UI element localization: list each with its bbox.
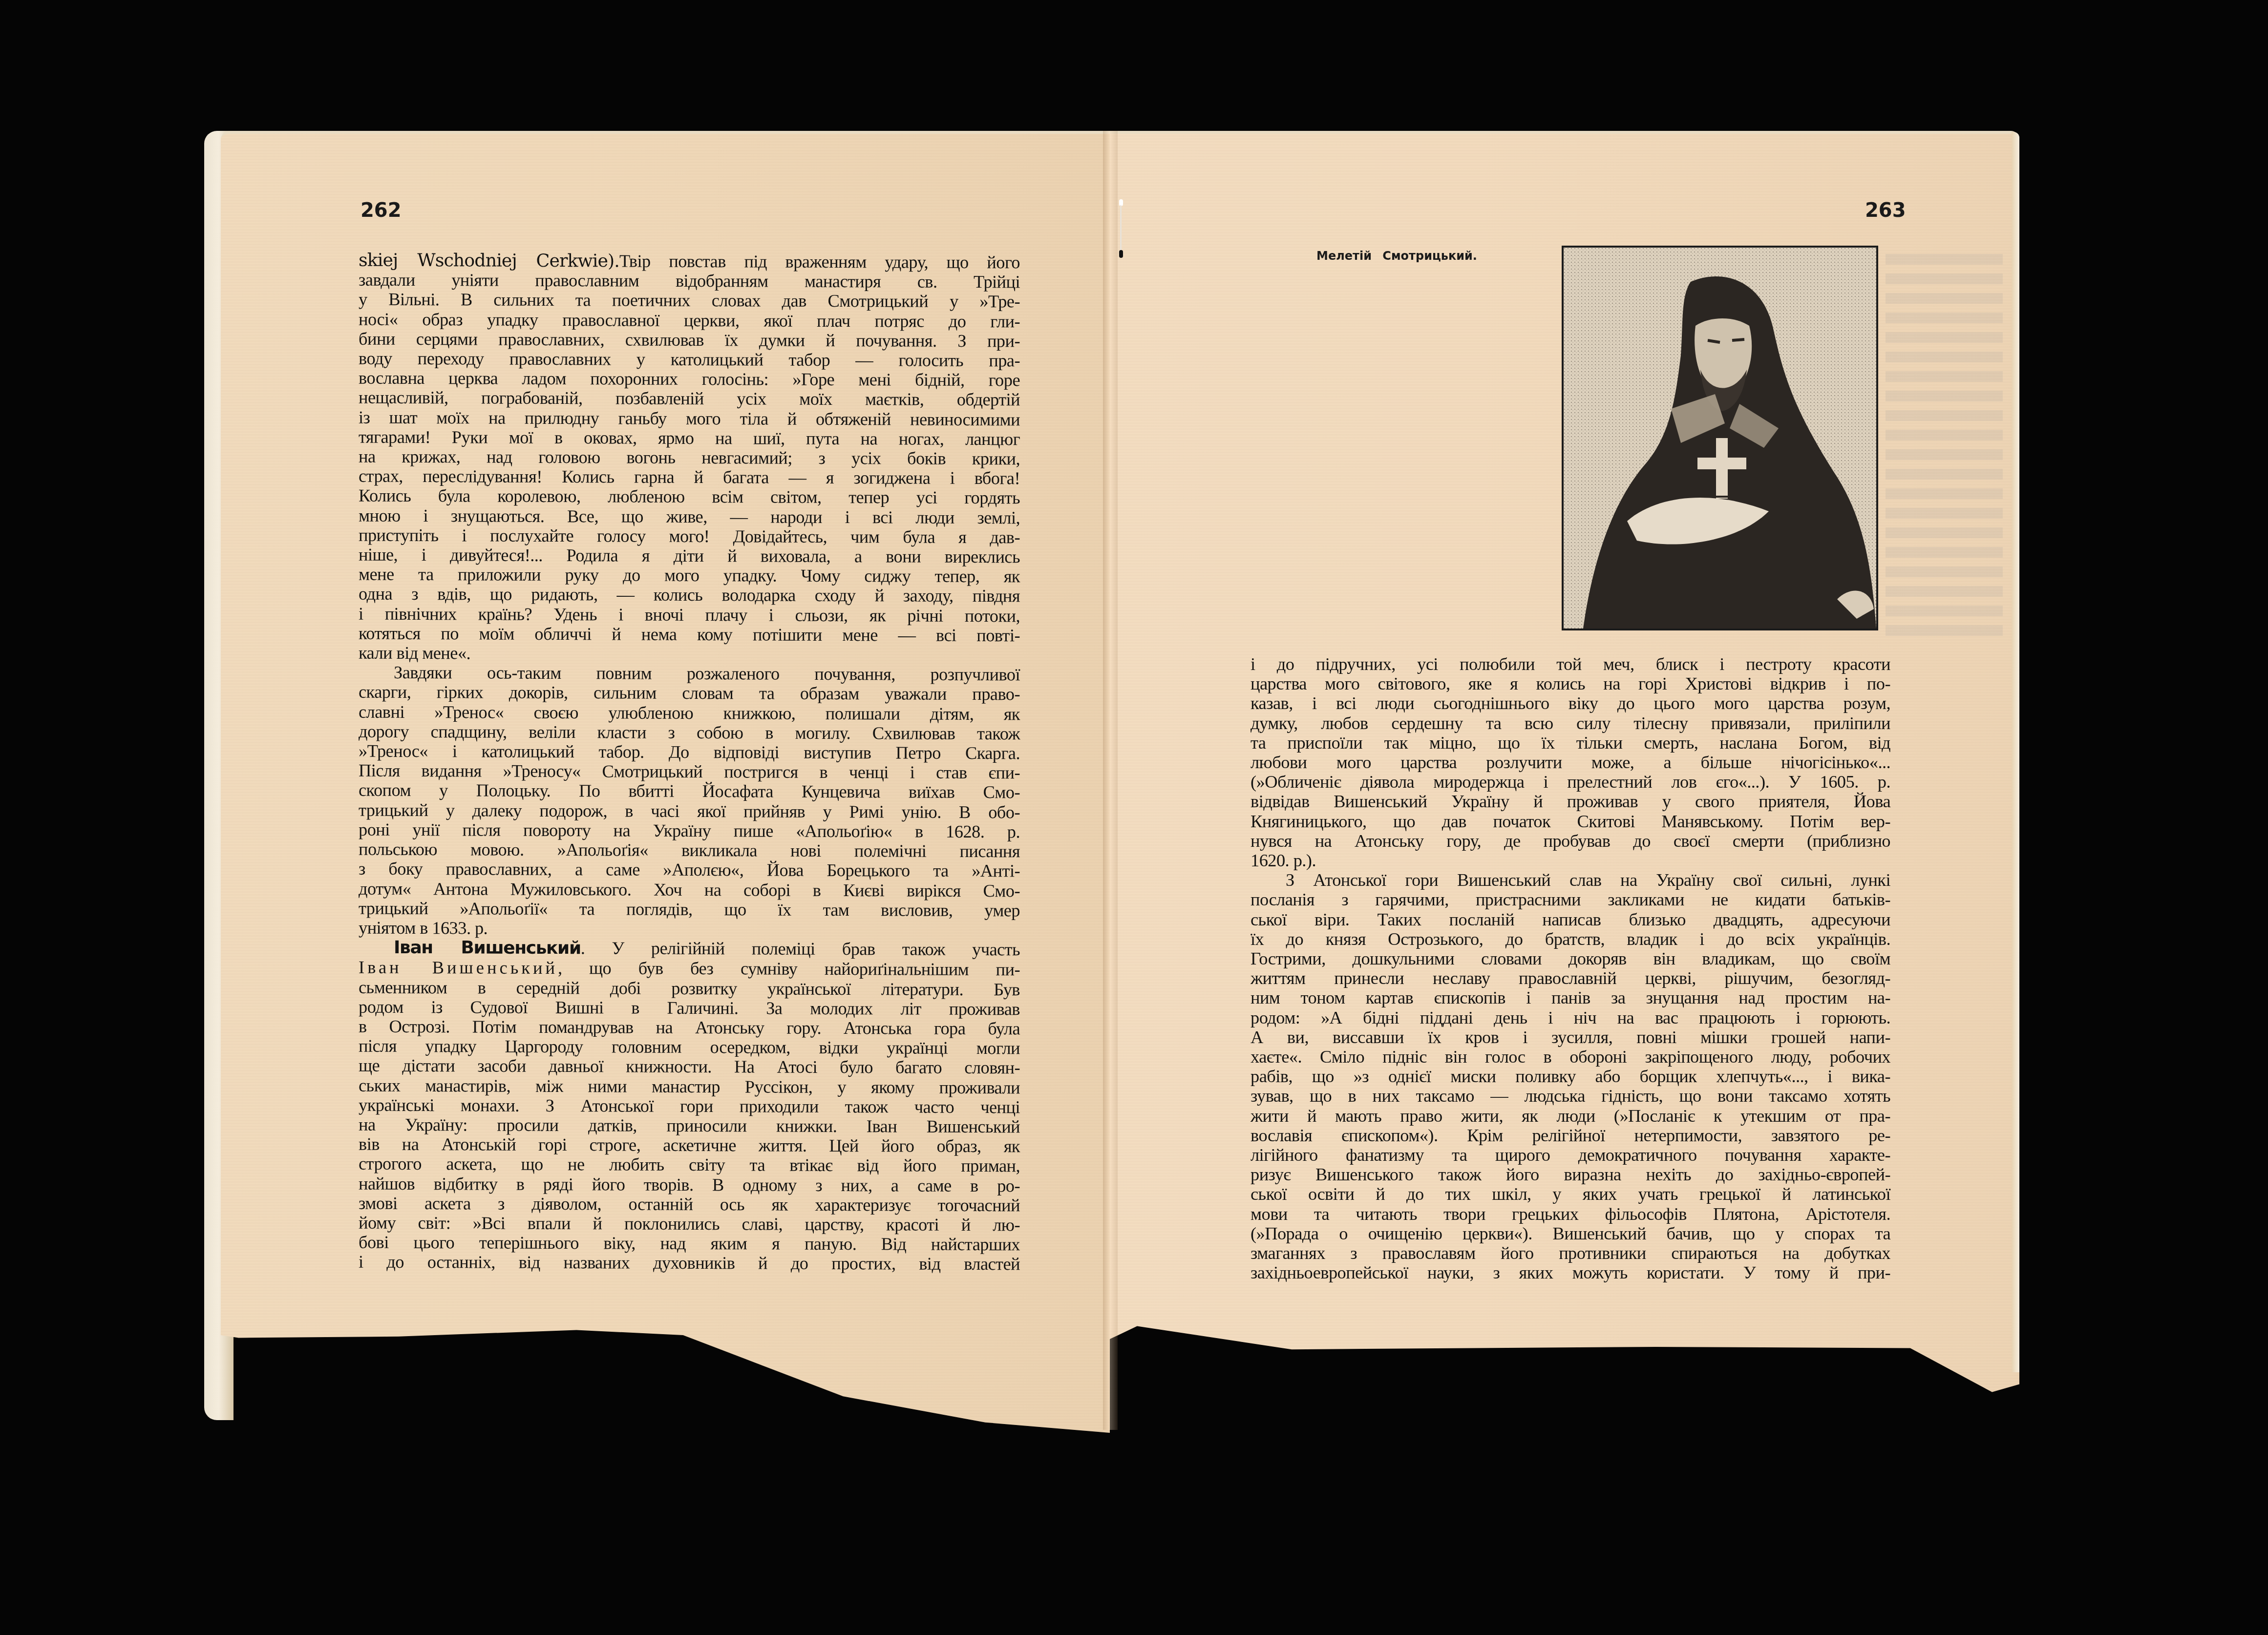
text-line: страх, переслідування! Колись гарна й ба… xyxy=(359,466,1020,488)
page-number-right: 263 xyxy=(1865,199,1906,222)
inline-emphasis: Іван Вишенський xyxy=(359,957,558,978)
text-line: нувся на Атонську гору, де пробував до с… xyxy=(1251,831,1890,851)
right-page-body-text: і до підручних, усі полюбили той меч, бл… xyxy=(1251,654,1890,1283)
text-line: і до підручних, усі полюбили той меч, бл… xyxy=(1251,654,1890,674)
portrait-image xyxy=(1562,246,1878,630)
text-line: вославія єпископом«). Крім релігійної не… xyxy=(1251,1126,1890,1145)
text-line: відвідав Вишенський Україну й проживав у… xyxy=(1251,792,1890,811)
text-line: строгого аскета, що не любить світу та в… xyxy=(359,1154,1020,1176)
text-line: із шат моїх на прилюдну ганьбу мого тіла… xyxy=(359,407,1020,429)
text-line: Після видання »Треносу« Смотрицький пост… xyxy=(359,761,1020,783)
text-line: родом із Судової Вишні в Галичині. За мо… xyxy=(359,997,1020,1019)
section-heading: Іван Вишенський xyxy=(394,938,581,958)
portrait-caption: Мелетій Смотрицький. xyxy=(1316,249,1477,263)
text-line: ніше, і дивуйтеся!... Родила я діти й ви… xyxy=(359,545,1020,567)
text-line: завдали уніяти православним відобранням … xyxy=(359,270,1020,292)
text-line: їх до князя Острозького, до братств, вла… xyxy=(1251,929,1890,949)
text-line: родом: »А бідні піддані день і ніч на ва… xyxy=(1251,1008,1890,1027)
text-line: з боку православних, а саме »Аполєю«, Йо… xyxy=(359,859,1020,881)
page-number-left: 262 xyxy=(360,199,402,222)
text-line: Іван Вишенський, що був без сумніву найо… xyxy=(359,958,1020,980)
text-line: воду переходу православних у католицький… xyxy=(359,349,1020,371)
text-line: Гострими, дошкульними словами докоряв ві… xyxy=(1251,949,1890,968)
inline-emphasis: skiej Wschodniej Cerkwie). xyxy=(359,250,619,272)
text-line: любови мого царства розлучити може, а бі… xyxy=(1251,753,1890,772)
text-line: Княгиницького, що дав початок Скитові Ма… xyxy=(1251,812,1890,831)
text-line: вославна церква ладом похоронних голосін… xyxy=(359,368,1020,390)
text-line: скарги, гірких докорів, сильним словам т… xyxy=(359,682,1020,704)
text-line: змаганнях з православям його противники … xyxy=(1251,1243,1890,1263)
text-line: найшов відбитку в ряді його творів. В од… xyxy=(359,1174,1020,1195)
left-page-body-text: skiej Wschodniej Cerkwie).Твір повстав п… xyxy=(359,251,1020,1274)
text-line: мною і знущаються. Все, що живе, — народ… xyxy=(359,505,1020,527)
text-line: казав, і всі люди сьогоднішнього віку до… xyxy=(1251,693,1890,713)
text-line: у Вільні. В сильних та поетичних словах … xyxy=(359,290,1020,312)
text-line: ських манастирів, між ними манастир Русс… xyxy=(359,1075,1020,1097)
text-line: після упадку Царгороду головним осередко… xyxy=(359,1036,1020,1058)
text-line: А ви, виссавши їх кров і зусилля, повні … xyxy=(1251,1027,1890,1047)
text-line: польською мовою. »Апольоґія« викликала н… xyxy=(359,839,1020,861)
text-line: лігійного фанатизму та щирого демократич… xyxy=(1251,1145,1890,1165)
text-line: (»Порада о очищенію церкви«). Вишенський… xyxy=(1251,1224,1890,1243)
text-line: рабів, що »з однієї миски поливку або бо… xyxy=(1251,1067,1890,1086)
text-line: трицький »Апольоґії« та поглядів, що їх … xyxy=(359,898,1020,920)
text-line: на крижах, над головою вогонь невгасимий… xyxy=(359,447,1020,469)
text-line: змові аскета з діяволом, останній ось як… xyxy=(359,1193,1020,1215)
text-line: тягарами! Руки мої в оковах, ярмо на шиї… xyxy=(359,427,1020,449)
text-line: в Острозі. Потім помандрував на Атонську… xyxy=(359,1017,1020,1039)
monk-portrait-icon xyxy=(1564,248,1876,629)
text-line: і північних країнь? Удень і вночі плачу … xyxy=(359,604,1020,626)
text-line: та приспоїли так міцно, що їх тільки сме… xyxy=(1251,733,1890,753)
text-line: ризує Вишенського також його виразна нех… xyxy=(1251,1165,1890,1184)
text-line: skiej Wschodniej Cerkwie).Твір повстав п… xyxy=(359,251,1020,272)
text-line: і до останніх, від названих духовників й… xyxy=(359,1252,1020,1274)
text-line: нещасливій, пограбованій, позбавленій ус… xyxy=(359,388,1020,410)
book-gutter xyxy=(1103,131,1118,1430)
text-line: хаєте«. Сміло підніс він голос в обороні… xyxy=(1251,1047,1890,1067)
text-line: бові цього теперішнього віку, над яким я… xyxy=(359,1233,1020,1255)
text-line: славні »Тренос« своєю улюбленою книжкою,… xyxy=(359,702,1020,724)
text-line: одна з вдів, що ридають, — колись волода… xyxy=(359,584,1020,606)
text-line: (»Обличеніє діявола миродержца і прелест… xyxy=(1251,772,1890,792)
text-line: Іван Вишенський. У релігійній полеміці б… xyxy=(359,938,1020,960)
text-line: посланія з гарячими, пристрасними заклик… xyxy=(1251,890,1890,909)
text-line: ним тоном картав єпископів і панів за зн… xyxy=(1251,988,1890,1007)
text-line: 1620. р.). xyxy=(1251,851,1890,870)
text-line: трицький у далеку подорож, в часі якої п… xyxy=(359,800,1020,822)
text-line: українські монахи. З Атонської гори прих… xyxy=(359,1095,1020,1117)
text-line: роні унії після повороту на Україну пише… xyxy=(359,820,1020,842)
text-line: котяться по моїм обличчі й нема кому пот… xyxy=(359,623,1020,645)
text-line: ської віри. Таких посланій написав близь… xyxy=(1251,910,1890,929)
text-line: жити й мають право жити, як люди (»Посла… xyxy=(1251,1106,1890,1126)
text-line: З Атонської гори Вишенський слав на Укра… xyxy=(1251,870,1890,890)
text-line: скопом у Полоцьку. По вбитті Йосафата Ку… xyxy=(359,780,1020,802)
text-line: Колись була королевою, любленою всім сві… xyxy=(359,486,1020,508)
text-line: кали від мене«. xyxy=(359,643,1020,665)
text-line: носі« образ упадку православної церкви, … xyxy=(359,309,1020,331)
text-line: »Тренос« і католицький табор. До відпові… xyxy=(359,741,1020,763)
text-line: думку, любов сердешну та всю силу тілесн… xyxy=(1251,713,1890,733)
text-line: ще дістати засоби давньої книжности. На … xyxy=(359,1056,1020,1078)
show-through-text xyxy=(1886,254,2003,645)
binding-thread xyxy=(1120,205,1122,254)
text-line: дотум« Антона Мужиловського. Хоч на собо… xyxy=(359,879,1020,901)
text-line: ської освіти й до тих шкіл, у яких учать… xyxy=(1251,1184,1890,1204)
text-line: приступіть і послухайте голосу мого! Дов… xyxy=(359,525,1020,547)
text-line: мови та читають твори грецьких фільософі… xyxy=(1251,1204,1890,1224)
text-line: життям принесли неславу православній цер… xyxy=(1251,968,1890,988)
text-line: мене та приложили руку до мого упадку. Ч… xyxy=(359,565,1020,587)
text-line: уніятом в 1633. р. xyxy=(359,918,1020,940)
text-line: вів на Атонській горі строге, аскетичне … xyxy=(359,1134,1020,1156)
text-line: йому світ: »Всі впали й поклонились слав… xyxy=(359,1213,1020,1235)
text-line: західньоевропейської науки, з яких можут… xyxy=(1251,1263,1890,1282)
open-book: 262 263 skiej Wschodniej Cerkwie).Твір п… xyxy=(0,0,2268,1635)
text-line: дорогу спадщину, веліли класти з собою в… xyxy=(359,722,1020,744)
text-line: зував, що в них таксамо — людська гідніс… xyxy=(1251,1086,1890,1106)
text-line: царства мого світового, яке я колись на … xyxy=(1251,674,1890,693)
page-stack-edge-right xyxy=(2012,132,2019,1372)
text-line: бини серцями православних, схвилював їх … xyxy=(359,329,1020,351)
binding-stitch-hole-icon xyxy=(1119,250,1123,258)
text-line: на Україну: просили датків, приносили кн… xyxy=(359,1115,1020,1137)
text-line: сьменником в середній добі розвитку укра… xyxy=(359,977,1020,999)
text-line: Завдяки ось-таким повним розжаленого поч… xyxy=(359,663,1020,685)
